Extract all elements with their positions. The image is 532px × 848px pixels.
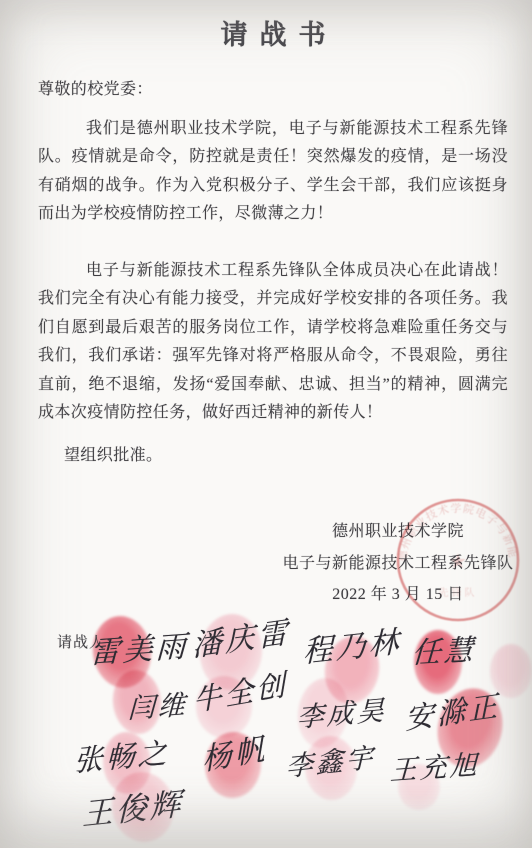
handwritten-signature: 李成昊 <box>297 688 387 735</box>
handwritten-signature: 王充旭 <box>389 743 480 788</box>
handwritten-signature-layer: 雷美雨潘庆雷程乃林任慧闫维牛全创李成昊安滁正张畅之杨帆李鑫宇王充旭王俊辉 <box>0 0 532 848</box>
handwritten-signature: 程乃林 <box>303 617 401 672</box>
handwritten-signature: 潘庆雷 <box>191 607 291 665</box>
handwritten-signature: 闫维 <box>127 683 188 726</box>
document-photo: 请战书 尊敬的校党委： 我们是德州职业技术学院，电子与新能源技术工程系先锋队。疫… <box>0 0 532 848</box>
handwritten-signature: 任慧 <box>411 628 477 673</box>
handwritten-signature: 杨帆 <box>200 723 268 779</box>
handwritten-signature: 雷美雨 <box>89 621 189 672</box>
handwritten-signature: 安滁正 <box>404 684 501 739</box>
handwritten-signature: 王俊辉 <box>82 778 183 834</box>
handwritten-signature: 张畅之 <box>74 731 170 781</box>
handwritten-signature: 李鑫宇 <box>286 735 376 784</box>
handwritten-signature: 牛全创 <box>192 662 289 720</box>
